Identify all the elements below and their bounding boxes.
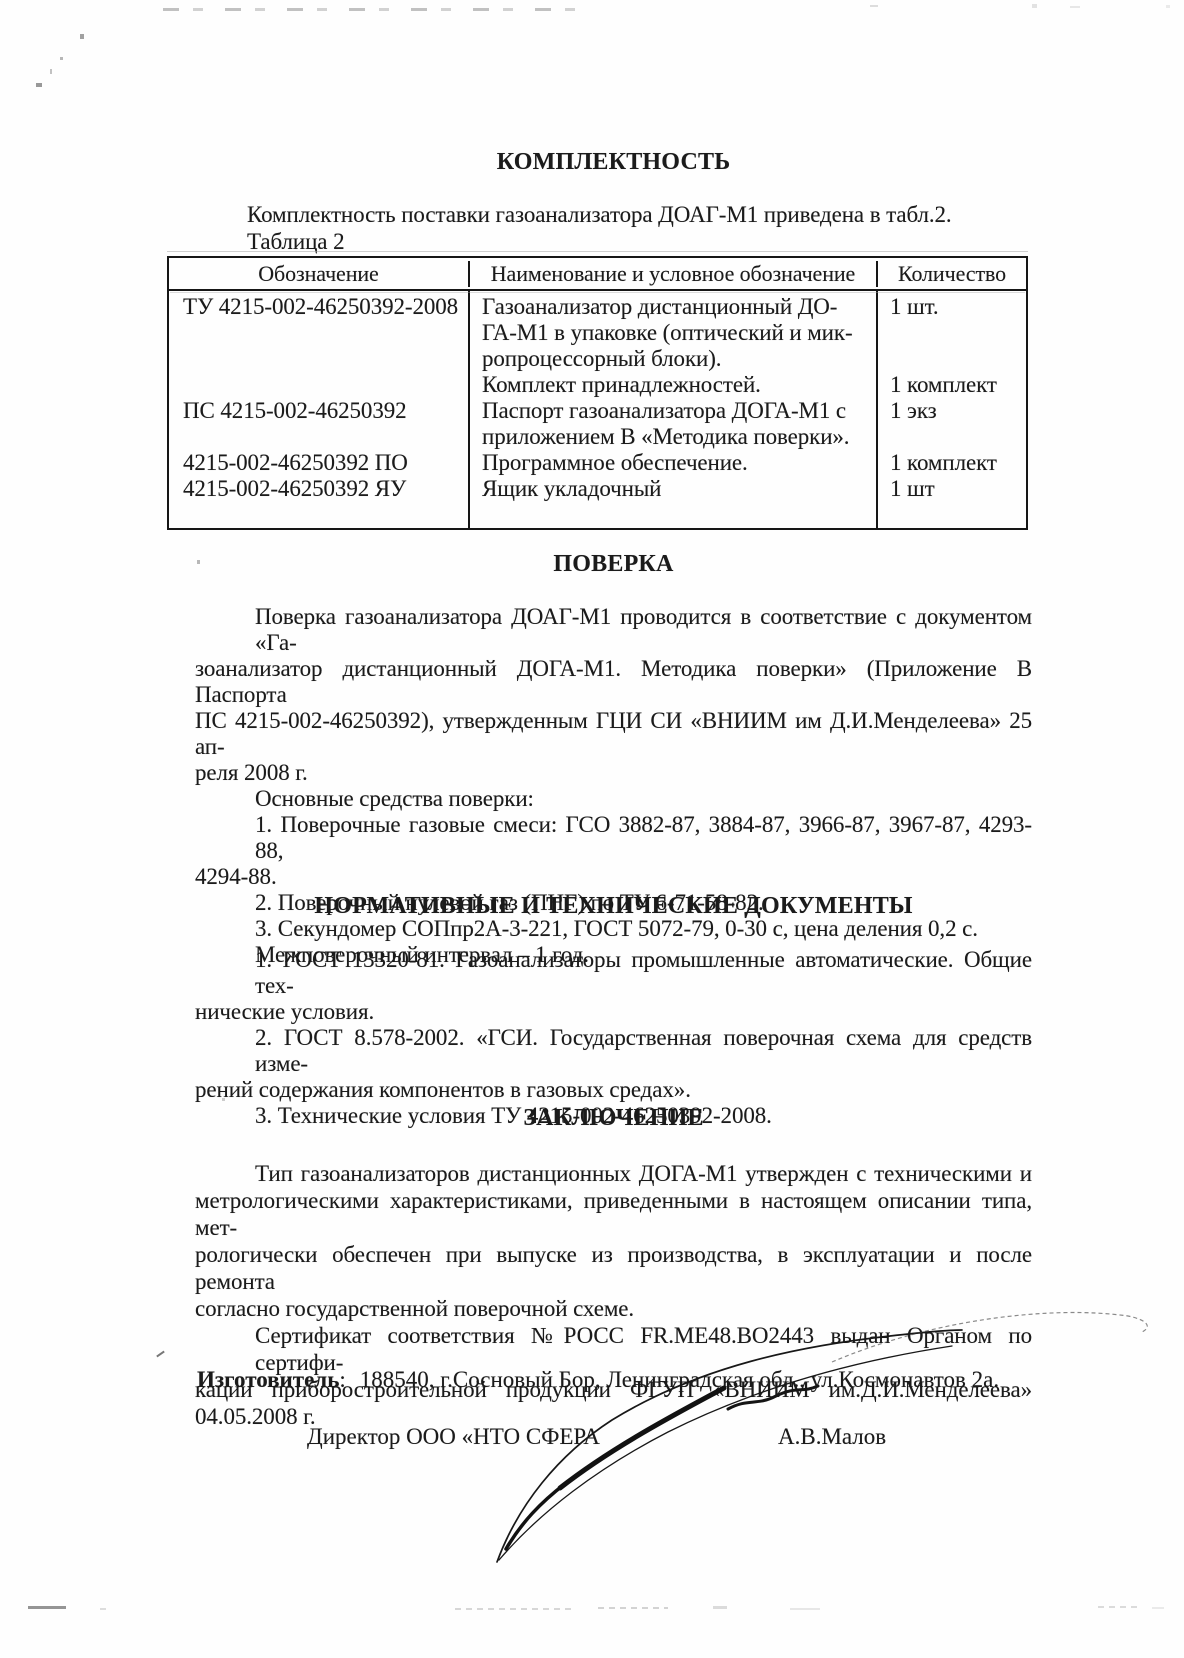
list-item-line: нические условия. [195,999,1032,1025]
list-item-line: 2. ГОСТ 8.578-2002. «ГСИ. Государственна… [195,1025,1032,1077]
table-header-designation: Обозначение [169,261,470,287]
section-title-completeness: КОМПЛЕКТНОСТЬ [195,148,1032,176]
scan-artifact-speck [100,1608,106,1610]
manufacturer-address: 188540, г.Сосновый Бор, Ленинградская об… [360,1367,999,1392]
scan-artifact-speck [50,69,52,74]
paragraph-line: ПС 4215-002-46250392), утвержденным ГЦИ … [195,708,1032,760]
scan-artifact-bottom-dashes [1098,1606,1140,1608]
table-cell [890,320,1026,346]
paragraph-line: согласно государственной поверочной схем… [195,1295,1032,1322]
table-cell: ТУ 4215-002-46250392-2008 [183,294,468,320]
table-cell: 1 комплект [890,372,1026,398]
table-body: ТУ 4215-002-46250392-2008 ПС 4215-002-46… [169,291,1026,528]
table-cell: 1 шт. [890,294,1026,320]
list-item-line: 1. ГОСТ 13320-81. Газоанализаторы промыш… [195,947,1032,999]
table-cell: Комплект принадлежностей. [482,372,876,398]
scan-artifact-speck [870,5,878,7]
table-cell: ропроцессорный блоки). [482,346,876,372]
manufacturer-colon: : [339,1367,345,1392]
scan-artifact-header-underline [170,292,1025,293]
table-cell [183,346,468,372]
table-cell: 1 комплект [890,450,1026,476]
signature-stroke [506,1483,566,1549]
scan-artifact-bottom-dash [28,1606,66,1609]
table-cell [890,424,1026,450]
table-cell: 4215-002-46250392 ЯУ [183,476,468,502]
scan-artifact-speck [1032,4,1037,8]
scan-artifact-speck [80,34,84,39]
scan-artifact-bottom-dashes [455,1608,575,1610]
scan-artifact-speck [36,83,42,87]
section-title-verification: ПОВЕРКА [195,550,1032,578]
table-cell: Паспорт газоанализатора ДОГА-М1 с [482,398,876,424]
scan-artifact-top-dashes [163,8,583,11]
completeness-intro: Комплектность поставки газоанализатора Д… [195,202,1032,228]
section-title-normative: НОРМАТИВНЫЕ И ТЕХНИЧЕСКИЕ ДОКУМЕНТЫ [195,892,1032,920]
scan-artifact-speck [1166,5,1170,8]
table-cell: Ящик укладочный [482,476,876,502]
table-cell [890,346,1026,372]
section-title-conclusion: ЗАКЛЮЧЕНИЕ [195,1104,1032,1132]
table-cell: 1 экз [890,398,1026,424]
table-cell [183,424,468,450]
scan-artifact-speck [1070,6,1080,8]
scan-artifact-bottom-dashes [598,1607,668,1609]
table-cell: приложением В «Методика поверки». [482,424,876,450]
scanned-document-page: КОМПЛЕКТНОСТЬ Комплектность поставки газ… [0,0,1184,1658]
table-cell: Программное обеспечение. [482,450,876,476]
scan-artifact-speck [1152,1607,1164,1609]
paragraph-line: Поверка газоанализатора ДОАГ-М1 проводит… [195,604,1032,656]
paragraph-line: Основные средства поверки: [195,786,1032,812]
paragraph-line: реля 2008 г. [195,760,1032,786]
paragraph-line: метрологическими характеристиками, приве… [195,1187,1032,1241]
paragraph-line: зоанализатор дистанционный ДОГА-М1. Мето… [195,656,1032,708]
table-cell: 4215-002-46250392 ПО [183,450,468,476]
manufacturer-label: Изготовитель [197,1367,339,1392]
table-header-row: Обозначение Наименование и условное обоз… [169,258,1026,291]
list-item-line: 1. Поверочные газовые смеси: ГСО 3882-87… [195,812,1032,864]
paragraph-line: Комплектность поставки газоанализатора Д… [195,202,1032,228]
scan-artifact-accent [156,1351,165,1358]
director-title: Директор ООО «НТО СФЕРА [307,1424,600,1450]
table-column-designation: ТУ 4215-002-46250392-2008 ПС 4215-002-46… [169,291,470,528]
table-cell: 1 шт [890,476,1026,502]
delivery-set-table: Обозначение Наименование и условное обоз… [167,256,1028,530]
table-header-quantity: Количество [878,261,1026,287]
list-item-line: рений содержания компонентов в газовых с… [195,1077,1032,1103]
table-cell: Газоанализатор дистанционный ДО- [482,294,876,320]
paragraph-line: рологически обеспечен при выпуске из про… [195,1241,1032,1295]
table-column-quantity: 1 шт. 1 комплект 1 экз 1 комплект 1 шт [878,291,1026,528]
table-cell: ПС 4215-002-46250392 [183,398,468,424]
manufacturer-line: Изготовитель:188540, г.Сосновый Бор, Лен… [197,1367,999,1393]
list-item-line: 4294-88. [195,864,1032,890]
table-cell [183,320,468,346]
paragraph-line: Тип газоанализаторов дистанционных ДОГА-… [195,1160,1032,1187]
scan-artifact-speck [713,1606,727,1609]
normative-text: 1. ГОСТ 13320-81. Газоанализаторы промыш… [195,947,1032,1129]
table-cell [183,372,468,398]
table-header-name: Наименование и условное обозначение [470,261,878,287]
table-column-name: Газоанализатор дистанционный ДО- ГА-М1 в… [470,291,878,528]
scan-artifact-speck [790,1608,820,1610]
scan-artifact-speck [60,57,63,60]
scan-artifact-table-topline [167,251,1028,252]
director-name: А.В.Малов [778,1424,886,1450]
table-cell: ГА-М1 в упаковке (оптический и мик- [482,320,876,346]
